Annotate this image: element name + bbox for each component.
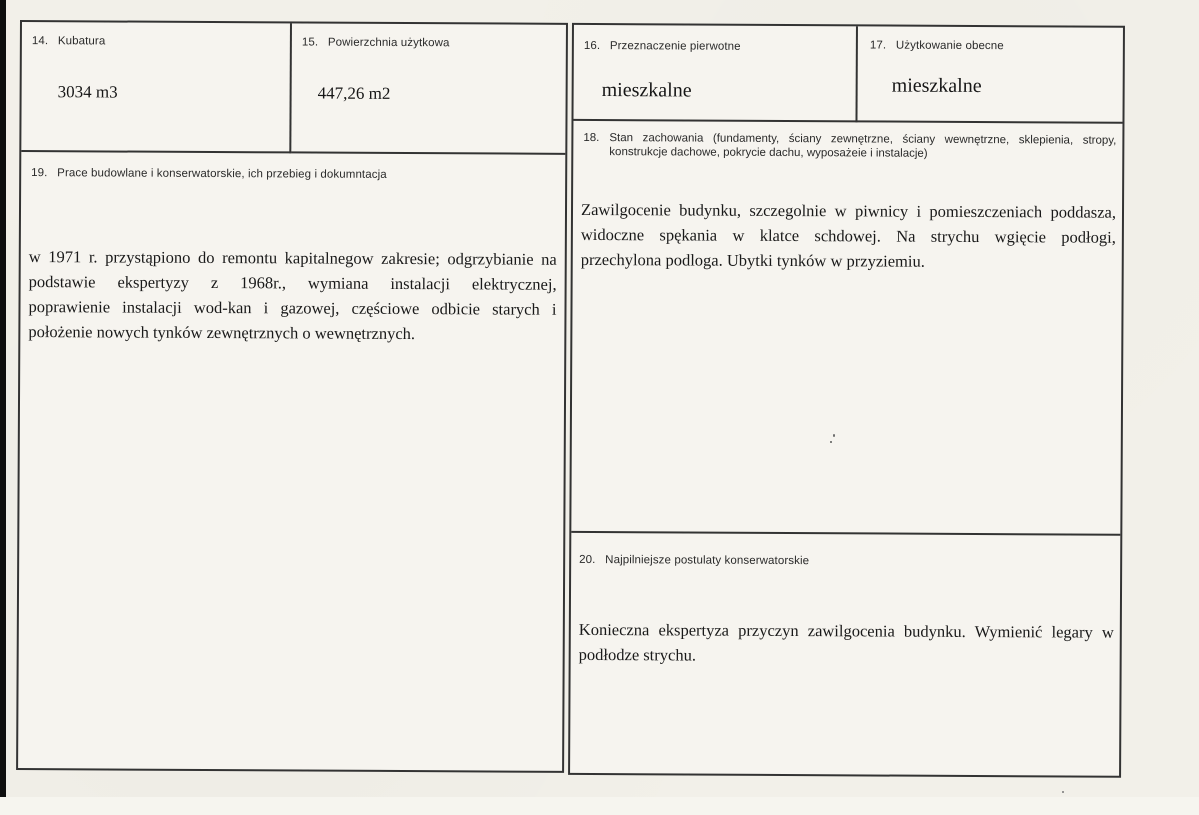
field-17-cell: 17.Użytkowanie obecne mieszkalne [857, 26, 1122, 123]
field-14-label-text: Kubatura [58, 35, 106, 47]
field-14-label: 14.Kubatura [32, 34, 106, 48]
field-16-label: 16.Przeznaczenie pierwotne [584, 39, 741, 54]
field-20-body-line: podłodze strychu. [579, 642, 1114, 670]
field-18-label: 18. Stan zachowania (fundamenty, ściany … [581, 132, 1116, 162]
field-14-number: 14. [32, 34, 58, 48]
field-15-label: 15.Powierzchnia użytkowa [302, 35, 450, 50]
field-19-body-line: w 1971 r. przystąpiono do remontu kapita… [29, 244, 557, 272]
field-15-cell: 15.Powierzchnia użytkowa 447,26 m2 [291, 23, 566, 154]
right-column-box: 16.Przeznaczenie pierwotne mieszkalne 17… [568, 23, 1125, 778]
scanner-edge-strip [0, 0, 6, 797]
field-16-value: mieszkalne [602, 79, 692, 102]
scan-speck [1062, 791, 1064, 793]
field-18-label-line: konstrukcje dachowe, pokrycie dachu, wyp… [609, 146, 1116, 162]
field-19-body-line: podstawie ekspertyzy z 1968r., wymiana i… [29, 269, 557, 297]
field-17-number: 17. [870, 38, 896, 52]
field-19-cell: 19.Prace budowlane i konserwatorskie, ic… [18, 152, 565, 771]
field-16-cell: 16.Przeznaczenie pierwotne mieszkalne [573, 25, 857, 122]
field-17-label-text: Użytkowanie obecne [896, 40, 1004, 53]
field-15-value: 447,26 m2 [318, 84, 391, 104]
field-14-cell: 14.Kubatura 3034 m3 [21, 22, 292, 153]
field-18-body: Zawilgocenie budynku, szczegolnie w piwn… [581, 197, 1116, 275]
field-19-label: 19.Prace budowlane i konserwatorskie, ic… [31, 166, 387, 182]
field-19-label-text: Prace budowlane i konserwatorskie, ich p… [57, 167, 387, 181]
field-17-value: mieszkalne [892, 75, 982, 98]
field-20-body-line: Konieczna ekspertyza przyczyn zawilgocen… [579, 617, 1114, 645]
field-20-label: 20.Najpilniejsze postulaty konserwatorsk… [579, 553, 809, 568]
left-column-box: 14.Kubatura 3034 m3 15.Powierzchnia użyt… [16, 20, 568, 773]
scan-speck [833, 434, 835, 437]
field-19-number: 19. [31, 166, 57, 180]
field-18-label-lines: Stan zachowania (fundamenty, ściany zewn… [609, 132, 1116, 162]
field-16-label-text: Przeznaczenie pierwotne [610, 40, 741, 53]
scan-speck [830, 441, 832, 443]
field-19-body: w 1971 r. przystąpiono do remontu kapita… [28, 244, 557, 347]
field-18-body-line: Zawilgocenie budynku, szczegolnie w piwn… [581, 197, 1116, 225]
scanned-form-page: 14.Kubatura 3034 m3 15.Powierzchnia użyt… [0, 0, 1199, 815]
field-20-body: Konieczna ekspertyza przyczyn zawilgocen… [579, 617, 1114, 670]
field-19-body-line: położenie nowych tynków zewnętrznych o w… [28, 319, 556, 347]
field-17-label: 17.Użytkowanie obecne [870, 38, 1004, 53]
field-18-body-line: widoczne spękania w klatce schdowej. Na … [581, 222, 1116, 250]
field-20-cell: 20.Najpilniejsze postulaty konserwatorsk… [570, 533, 1120, 776]
field-18-number: 18. [583, 132, 599, 146]
field-14-value: 3034 m3 [58, 82, 118, 102]
field-19-body-line: poprawienie instalacji wod-kan i gazowej… [28, 294, 556, 322]
field-15-number: 15. [302, 35, 328, 49]
field-20-label-text: Najpilniejsze postulaty konserwatorskie [605, 554, 809, 567]
field-20-number: 20. [579, 553, 605, 567]
paper-bottom-band [0, 797, 1199, 815]
field-16-number: 16. [584, 39, 610, 53]
field-15-label-text: Powierzchnia użytkowa [328, 37, 450, 50]
form-table: 14.Kubatura 3034 m3 15.Powierzchnia użyt… [16, 20, 1130, 782]
field-18-body-line: przechylona podloga. Ubytki tynków w prz… [581, 247, 1116, 275]
field-18-cell: 18. Stan zachowania (fundamenty, ściany … [571, 121, 1122, 536]
